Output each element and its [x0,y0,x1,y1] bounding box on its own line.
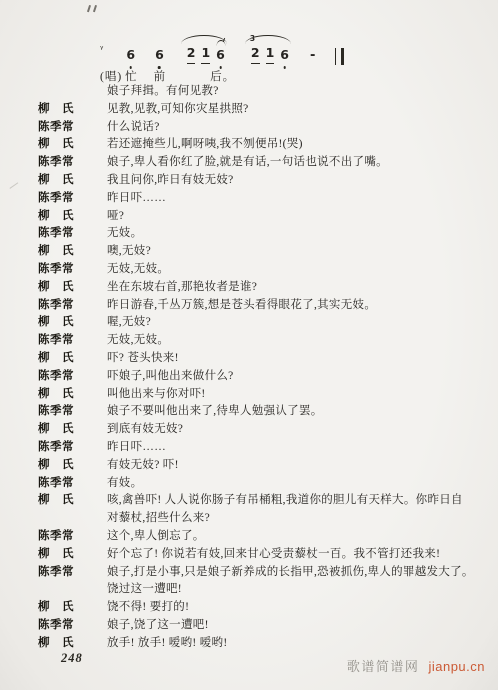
speech-text: 娘子,饶了这一遭吧! [107,617,474,635]
low-octave-dot-icon [283,66,286,69]
lyric-syllable: 前 [154,68,167,84]
note-digit: 1 [201,45,210,60]
dialogue-row: 柳 氏好个忘了! 你说若有妓,回来甘心受责藜杖一百。我不管打还我来! [38,546,474,564]
speaker-name: 陈季常 [38,368,107,386]
speech-text: 吓? 苍头快来! [107,350,474,368]
lyric-stage-direction: (唱) [100,68,122,84]
speaker-name: 陈季常 [38,154,107,172]
dialogue-row: 娘子拜揖。有何见教? [38,83,474,101]
low-octave-dot-icon [158,66,161,69]
jianpu-note: 6 [155,46,164,64]
speaker-name: 陈季常 [38,564,107,600]
jianpu-note: 2 [187,44,196,64]
dialogue-row: 陈季常这个,卑人倒忘了。 [38,528,474,546]
dialogue-row: 陈季常无妓,无妓。 [38,332,474,350]
duration-dash: - [310,49,315,63]
speech-text: 放手! 放手! 嗳哟! 嗳哟! [107,635,474,653]
lyrics-row: (唱) 忙 前 后。 [100,68,344,84]
dialogue-row: 柳 氏有妓无妓? 吓! [38,457,474,475]
page-number: 248 [61,651,83,666]
speech-text: 到底有妓无妓? [107,421,474,439]
dialogue-row: 陈季常娘子不要叫他出来了,待卑人勉强认了罢。 [38,403,474,421]
jianpu-note: 6 [126,46,135,64]
speech-text: 哑? [107,208,474,226]
speech-text: 娘子,打是小事,只是娘子新养成的长指甲,恐被抓伤,卑人的罪越发大了。饶过这一遭吧… [107,564,474,600]
low-octave-dot-icon [219,66,222,69]
note-group: 216 [182,44,230,64]
speaker-name: 陈季常 [38,528,107,546]
speaker-name: 柳 氏 [38,243,107,261]
dialogue-row: 柳 氏咳,禽兽吓! 人人说你肠子有吊桶粗,我道你的胆儿有天样大。你昨日自对藜杖,… [38,492,474,528]
speaker-name: 柳 氏 [38,386,107,404]
speech-text: 昨日吓…… [107,190,474,208]
dialogue-row: 陈季常无妓,无妓。 [38,261,474,279]
speaker-name: 柳 氏 [38,314,107,332]
speaker-name: 柳 氏 [38,279,107,297]
lyric-syllable: 忙 [125,68,138,84]
note-digit: 2 [187,45,196,60]
speaker-name: 柳 氏 [38,599,107,617]
note-digit: 2 [251,45,260,60]
dialogue-row: 柳 氏若还遮掩些儿,啊呀咦,我不刎便吊!(哭) [38,136,474,154]
speaker-name: 柳 氏 [38,101,107,119]
dialogue-row: 陈季常吓娘子,叫他出来做什么? [38,368,474,386]
speaker-name: 柳 氏 [38,421,107,439]
speech-text: 噢,无妓? [107,243,474,261]
speaker-name: 陈季常 [38,119,107,137]
watermark-site-url: jianpu.cn [428,659,485,674]
jianpu-notes-row: ᵞ662162316- [100,40,344,64]
speaker-name: 柳 氏 [38,208,107,226]
speaker-name: 陈季常 [38,439,107,457]
note-group: 2316 [246,44,294,64]
breath-mark-icon: ᵞ [100,46,103,55]
music-notation-block: ᵞ662162316- (唱) 忙 前 后。 [100,40,344,84]
dialogue-row: 陈季常娘子,打是小事,只是娘子新养成的长指甲,恐被抓伤,卑人的罪越发大了。饶过这… [38,564,474,600]
final-barline-icon [335,48,344,65]
dialogue-row: 柳 氏饶不得! 要打的! [38,599,474,617]
jianpu-note: 23 [251,44,260,64]
speaker-name: 陈季常 [38,225,107,243]
lyric-syllable: 后。 [210,68,235,84]
speaker-name: 陈季常 [38,332,107,350]
speaker-name: 陈季常 [38,261,107,279]
turn-ornament-icon [216,40,225,46]
dialogue-row: 陈季常什么说话? [38,119,474,137]
speech-text: 见教,见教,可知你灾星拱照? [107,101,474,119]
speaker-name: 柳 氏 [38,635,107,653]
speaker-name: 柳 氏 [38,492,107,528]
dialogue-row: 陈季常娘子,饶了这一遭吧! [38,617,474,635]
dialogue-row: 柳 氏噢,无妓? [38,243,474,261]
speaker-name: 柳 氏 [38,172,107,190]
speaker-name: 柳 氏 [38,350,107,368]
speech-text: 娘子,卑人看你红了脸,就是有话,一句话也说不出了嘴。 [107,154,474,172]
speech-text: 娘子不要叫他出来了,待卑人勉强认了罢。 [107,403,474,421]
speech-text: 吓娘子,叫他出来做什么? [107,368,474,386]
speech-text: 无妓,无妓。 [107,332,474,350]
dialogue-row: 陈季常昨日游春,千丛万簇,想是苍头看得眼花了,其实无妓。 [38,297,474,315]
speech-text: 有妓无妓? 吓! [107,457,474,475]
dialogue-continuation-text: 娘子拜揖。有何见教? [107,83,474,101]
low-octave-dot-icon [129,66,132,69]
jianpu-note: 1 [201,44,210,64]
scan-artifact [4,174,19,189]
dialogue-row: 柳 氏吓? 苍头快来! [38,350,474,368]
speech-text: 坐在东坡右首,那艳妆者是谁? [107,279,474,297]
dialogue-row: 柳 氏哑? [38,208,474,226]
speaker-name: 陈季常 [38,475,107,493]
speaker-name: 陈季常 [38,617,107,635]
speech-text: 昨日吓…… [107,439,474,457]
speaker-name: 陈季常 [38,190,107,208]
speech-text: 喔,无妓? [107,314,474,332]
speech-text: 咳,禽兽吓! 人人说你肠子有吊桶粗,我道你的胆儿有天样大。你昨日自对藜杖,招些什… [107,492,474,528]
dialogue-row: 柳 氏到底有妓无妓? [38,421,474,439]
watermark-site-name: 歌谱简谱网 [347,659,420,674]
dialogue-row: 柳 氏见教,见教,可知你灾星拱照? [38,101,474,119]
dialogue-row: 陈季常无妓。 [38,225,474,243]
speaker-name: 陈季常 [38,297,107,315]
scan-artifact [86,5,100,12]
speech-text: 这个,卑人倒忘了。 [107,528,474,546]
jianpu-note: 6 [216,46,225,64]
speech-text: 有妓。 [107,475,474,493]
speech-text: 什么说话? [107,119,474,137]
dialogue-row: 陈季常昨日吓…… [38,190,474,208]
jianpu-note: 1 [266,44,275,64]
dialogue-row: 柳 氏叫他出来与你对吓! [38,386,474,404]
dialogue-row: 陈季常娘子,卑人看你红了脸,就是有话,一句话也说不出了嘴。 [38,154,474,172]
grace-note: 3 [250,34,255,43]
dialogue-row: 柳 氏坐在东坡右首,那艳妆者是谁? [38,279,474,297]
speaker-name: 陈季常 [38,403,107,421]
jianpu-note: 6 [280,46,289,64]
note-digit: 6 [280,47,289,62]
speaker-name: 柳 氏 [38,136,107,154]
note-digit: 1 [266,45,275,60]
dialogue-row: 柳 氏喔,无妓? [38,314,474,332]
note-digit: 6 [126,47,135,62]
note-digit: 6 [216,47,225,62]
speech-text: 饶不得! 要打的! [107,599,474,617]
speech-text: 若还遮掩些儿,啊呀咦,我不刎便吊!(哭) [107,136,474,154]
speech-text: 我且问你,昨日有妓无妓? [107,172,474,190]
speech-text: 好个忘了! 你说若有妓,回来甘心受责藜杖一百。我不管打还我来! [107,546,474,564]
speech-text: 无妓,无妓。 [107,261,474,279]
speaker-name: 柳 氏 [38,546,107,564]
dialogue-row: 陈季常有妓。 [38,475,474,493]
speech-text: 无妓。 [107,225,474,243]
dialogue-row: 陈季常昨日吓…… [38,439,474,457]
scanned-score-page: ᵞ662162316- (唱) 忙 前 后。 娘子拜揖。有何见教? 柳 氏见教,… [0,0,498,690]
dialogue-list: 娘子拜揖。有何见教? 柳 氏见教,见教,可知你灾星拱照?陈季常什么说话?柳 氏若… [38,83,474,653]
dialogue-row: 柳 氏放手! 放手! 嗳哟! 嗳哟! [38,635,474,653]
speaker-name: 柳 氏 [38,457,107,475]
note-digit: 6 [155,47,164,62]
watermark: 歌谱简谱网 jianpu.cn [347,656,485,675]
dialogue-row: 柳 氏我且问你,昨日有妓无妓? [38,172,474,190]
speech-text: 昨日游春,千丛万簇,想是苍头看得眼花了,其实无妓。 [107,297,474,315]
speech-text: 叫他出来与你对吓! [107,386,474,404]
